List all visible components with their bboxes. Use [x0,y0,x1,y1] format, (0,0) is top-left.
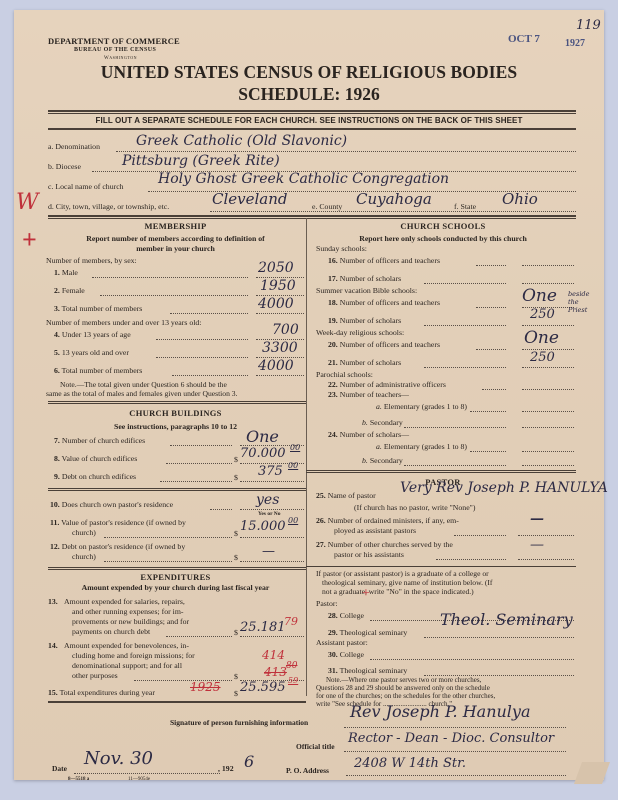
q9-num: 9. [54,472,60,481]
state-field[interactable]: Ohio [502,190,538,208]
signature-label: Signature of person furnishing informati… [170,718,308,727]
dollar-sign: $ [234,473,238,482]
date-field[interactable]: Nov. 30 [84,748,153,769]
summer-scholars-label: Number of scholars [340,316,402,325]
q14-label-2: cluding home and foreign missions; for [72,651,195,660]
dollar-sign: $ [234,529,238,538]
q19-num: 19. [328,316,338,325]
teachers-secondary-label: Secondary [370,418,403,427]
q6-dots [172,375,248,376]
section-rule-thin [48,218,576,219]
sunday-scholars-label: Number of scholars [340,274,402,283]
edifices-value-field[interactable]: 70.000 [240,446,286,461]
teachers-label: Number of teachers— [340,390,409,399]
expenditures-rule-2 [48,569,306,570]
q7-dots [170,445,232,446]
edifices-value-label: Value of church edifices [62,454,138,463]
parochial-schools-label: Parochial schools: [316,370,373,379]
summer-officers-field[interactable]: One [522,286,557,306]
benevolences-cents: 80 [286,661,297,671]
q26-answer-line [518,535,574,536]
denomination-line [116,151,576,152]
expenditures-bottom-rule [48,701,306,703]
q12-answer-line [240,561,304,562]
residence-value-cents: 00 [288,516,298,525]
expenditures-subtitle: Amount expended by your church during la… [48,583,303,592]
q27-num: 27. [316,540,326,549]
by-sex-label: Number of members, by sex: [46,256,137,265]
q24a-dots [470,451,506,452]
assistant-pastors-label: Number of ordained ministers, if any, em… [328,516,459,525]
weekday-schools-label: Week-day religious schools: [316,328,404,337]
column-divider [306,218,307,696]
q29-num: 29. [328,628,338,637]
residence-value-label: Value of pastor's residence (if owned by [61,518,186,527]
buildings-heading: CHURCH BUILDINGS [48,408,303,418]
weekday-officers-label: Number of officers and teachers [340,340,440,349]
scholars-secondary-label: Secondary [370,456,403,465]
q12-num: 12. [50,542,60,551]
other-churches-label-2: pastor or his assistants [334,550,404,559]
instruction-rule [48,128,576,130]
q8-dots [166,463,232,464]
signature-field[interactable]: Rev Joseph P. Hanulya [350,702,531,721]
q1-dots [92,277,248,278]
pastor-seminary-label: Theological seminary [340,628,408,637]
q20-dots [476,349,506,350]
q9-answer-line [240,481,304,482]
membership-subtitle-2: member in your church [48,244,303,253]
pastor-note-2: Questions 28 and 29 should be answered o… [316,684,576,692]
under-13-field[interactable]: 700 [272,322,299,338]
q18-dots [476,307,506,308]
q23b-dots [404,427,506,428]
address-label: P. O. Address [286,766,329,775]
assistant-pastor-label: Assistant pastor: [316,638,368,647]
dollar-sign: $ [234,672,238,681]
q11-num: 11. [50,518,59,527]
q17-dots [424,283,506,284]
summer-scholars-field[interactable]: 250 [530,307,555,322]
weekday-officers-field[interactable]: One [524,328,559,348]
membership-rule-2 [48,403,306,404]
summer-schools-label: Summer vacation Bible schools: [316,286,417,295]
owns-residence-field[interactable]: yes [256,492,279,508]
membership-note: Note.—The total given under Question 6 s… [46,380,304,389]
summer-officers-label: Number of officers and teachers [340,298,440,307]
edifices-debt-field[interactable]: 375 [258,464,283,479]
q15-num: 15. [48,688,58,697]
residence-value-label-2: church) [72,528,96,537]
sunday-scholars-field [522,283,574,284]
q24b-num: b. [362,456,368,465]
pastor-note-1: Note.—Where one pastor serves two or mor… [316,676,576,684]
q24b-dots [404,465,506,466]
q6-answer-line [256,375,304,376]
q27-dots [436,559,506,560]
q23-num: 23. [328,390,338,399]
q21-answer-line [522,367,574,368]
under-13-label: Under 13 years of age [62,330,131,339]
pastor-rule [306,566,576,567]
department-name: DEPARTMENT OF COMMERCE [48,36,180,46]
q3-num: 3. [54,304,60,313]
pastor-note-3: for one of the churches; on the schedule… [316,692,576,700]
q22-num: 22. [328,380,338,389]
total-members-field[interactable]: 4000 [258,296,294,312]
pastor-college-label: College [340,611,364,620]
college-mark: + [362,586,370,602]
q3-dots [170,313,248,314]
running-expenses-field[interactable]: 25.181 [240,620,286,635]
year-field[interactable]: 6 [244,752,254,771]
q11-dots [104,537,232,538]
pastor-sub-label: Pastor: [316,599,338,608]
expenditures-rule [48,567,306,568]
q29-dots [424,637,574,638]
dollar-sign: $ [234,689,238,698]
q20-num: 20. [328,340,338,349]
form-title: UNITED STATES CENSUS OF RELIGIOUS BODIES [0,62,618,83]
schools-rule-2 [306,472,576,473]
county-label: e. County [312,202,342,211]
dollar-sign: $ [234,455,238,464]
residence-debt-field[interactable]: — [262,544,275,559]
q2-dots [100,295,248,296]
margin-mark-w: W [16,190,39,215]
q12-dots [104,561,232,562]
form-code-2: 11—9054e [128,777,150,782]
expenditures-heading: EXPENDITURES [48,572,303,582]
buildings-rule [48,488,306,489]
pastor-name-hint: (If church has no pastor, write "None") [354,503,475,512]
assistant-pastors-label-2: ployed as assistant pastors [334,526,416,535]
teachers-elementary-field [522,411,574,412]
expenditure-year: 1925 [190,680,221,694]
assistant-college-field [370,659,574,660]
benevolences-field[interactable]: 413 [264,665,287,679]
q26-num: 26. [316,516,326,525]
q21-dots [424,367,506,368]
edifices-debt-label: Debt on church edifices [62,472,136,481]
13-and-over-field[interactable]: 3300 [262,340,298,356]
city-field[interactable]: Cleveland [212,190,288,208]
total-expenditures-cents: 59 [288,676,298,685]
schools-rule [306,470,576,471]
summer-officers-note: beside the Priest [568,290,598,314]
q4-num: 4. [54,330,60,339]
section-rule [48,215,576,217]
membership-rule [48,401,306,402]
dollar-sign: $ [234,628,238,637]
q24a-num: a. [376,442,382,451]
assistant-college-label: College [340,650,364,659]
weekday-scholars-field[interactable]: 250 [530,350,555,365]
church-name-field[interactable]: Holy Ghost Greek Catholic Congregation [158,171,449,187]
q18-num: 18. [328,298,338,307]
graduate-note-2: theological seminary, give name of insti… [322,578,574,587]
signature-line [344,727,566,728]
male-label: Male [62,268,78,277]
q13-label-3: provements or new buildings; and for [72,617,189,626]
q17-num: 17. [328,274,338,283]
q14-label-4: other purposes [72,671,118,680]
assistant-pastors-field[interactable]: — [530,511,544,527]
total-members-2-field[interactable]: 4000 [258,358,294,374]
county-field[interactable]: Cuyahoga [356,190,432,208]
q30-num: 30. [328,650,338,659]
total-members-2-label: Total number of members [62,366,143,375]
q5-dots [156,357,248,358]
church-name-label: c. Local name of church [48,182,124,191]
year-prefix: , 192 [218,764,234,773]
total-expenditures-field[interactable]: 25.595 [240,680,286,695]
q16-dots [476,265,506,266]
bureau-name: BUREAU OF THE CENSUS [74,47,156,53]
file-number: 119 [576,18,601,33]
scholars-secondary-field [522,465,574,466]
q23b-num: b. [362,418,368,427]
q19-answer-line [522,325,574,326]
running-expenses-cents: 79 [284,615,298,628]
pastor-seminary-field[interactable]: Theol. Seminary [440,610,573,629]
teachers-elementary-label: Elementary (grades 1 to 8) [384,402,467,411]
q26-dots [454,535,506,536]
sunday-officers-label: Number of officers and teachers [340,256,440,265]
residence-debt-label: Debt on pastor's residence (if owned by [62,542,186,551]
teachers-secondary-field [522,427,574,428]
q16-num: 16. [328,256,338,265]
q21-num: 21. [328,358,338,367]
membership-subtitle: Report number of members according to de… [48,234,303,243]
location: Washington [104,55,137,61]
diocese-field[interactable]: Pittsburg (Greek Rite) [122,153,280,169]
q4-dots [156,339,248,340]
female-count-field[interactable]: 1950 [260,278,296,294]
q10-answer-line [240,509,304,510]
admin-officers-label: Number of administrative officers [340,380,446,389]
q23a-num: a. [376,402,382,411]
other-churches-label: Number of other churches served by the [328,540,453,549]
q2-num: 2. [54,286,60,295]
q13-label-1: Amount expended for salaries, repairs, [64,597,185,606]
q13-answer-line [240,636,304,637]
q13-label-2: and other running expenses; for im- [72,607,184,616]
q11-answer-line [240,537,304,538]
q13-label-4: payments on church debt [72,627,150,636]
graduate-note-3: not a graduate, write "No" in the space … [322,587,574,596]
by-age-label: Number of members under and over 13 year… [46,318,201,327]
q3-answer-line [256,313,304,314]
sunday-officers-field [522,265,574,266]
date-label: Date [52,764,67,773]
official-title-line [344,751,566,752]
official-title-label: Official title [296,742,335,751]
q27-answer-line [518,559,574,560]
margin-mark-plus: + [22,225,37,255]
address-field[interactable]: 2408 W 14th Str. [354,756,466,771]
q13-dots [166,636,232,637]
female-label: Female [62,286,85,295]
weekday-scholars-label: Number of scholars [340,358,402,367]
q22-dots [482,389,506,390]
13-and-over-label: 13 years old and over [62,348,129,357]
scholars-elementary-label: Elementary (grades 1 to 8) [384,442,467,451]
q14-label-1: Amount expended for benevolences, in- [64,641,189,650]
membership-heading: MEMBERSHIP [48,221,303,231]
q31-num: 31. [328,666,338,675]
q14-num: 14. [48,641,58,650]
dollar-sign: $ [234,553,238,562]
residence-value-field[interactable]: 15.000 [240,519,286,534]
schools-heading: CHURCH SCHOOLS [312,221,574,231]
city-label: d. City, town, village, or township, etc… [48,202,169,211]
q8-num: 8. [54,454,60,463]
official-title-field[interactable]: Rector - Dean - Dioc. Consultor [348,731,554,746]
admin-officers-field [522,389,574,390]
pastor-name-label: Name of pastor [328,491,376,500]
owns-residence-label: Does church own pastor's residence [62,500,173,509]
diocese-label: b. Diocese [48,162,81,171]
q5-num: 5. [54,348,60,357]
header-rule-thin [48,113,576,114]
q28-num: 28. [328,611,338,620]
buildings-rule-2 [48,490,306,491]
membership-note-2: same as the total of males and females g… [46,389,304,398]
scholars-label: Number of scholars— [340,430,409,439]
edifices-value-cents: 00 [290,443,300,452]
q23a-dots [470,411,506,412]
q13-num: 13. [48,597,58,606]
assistant-seminary-label: Theological seminary [340,666,408,675]
q9-dots [160,481,232,482]
header-rule [48,110,576,112]
denomination-label: a. Denomination [48,142,100,151]
q6-num: 6. [54,366,60,375]
other-churches-field[interactable]: — [530,537,544,553]
total-members-label: Total number of members [62,304,143,313]
graduate-note-1: If pastor (or assistant pastor) is a gra… [316,569,574,578]
q19-dots [424,325,506,326]
form-code-1: 8—5518 a [68,777,89,782]
total-expenditures-label: Total expenditures during year [60,688,155,697]
sunday-schools-label: Sunday schools: [316,244,367,253]
fill-instruction: FILL OUT A SEPARATE SCHEDULE FOR EACH CH… [0,116,618,125]
pastor-name-field[interactable]: Very Rev Joseph P. HANULYA [400,480,608,496]
denomination-field[interactable]: Greek Catholic (Old Slavonic) [136,133,347,149]
city-line [210,211,576,212]
q1-num: 1. [54,268,60,277]
received-stamp-date: OCT 7 [508,33,540,45]
edifices-count-field[interactable]: One [246,427,279,446]
male-count-field[interactable]: 2050 [258,260,294,276]
scholars-elementary-field [522,451,574,452]
address-line [346,775,566,776]
benevolences-correction: 414 [262,648,285,662]
q10-num: 10. [50,500,60,509]
state-label: f. State [454,202,476,211]
received-stamp-year: 1927 [565,38,585,49]
q25-num: 25. [316,491,326,500]
q10-dots [210,509,232,510]
q24-num: 24. [328,430,338,439]
schedule-title: SCHEDULE: 1926 [0,84,618,105]
residence-debt-label-2: church) [72,552,96,561]
q14-label-3: denominational support; and for all [72,661,182,670]
edifices-count-label: Number of church edifices [62,436,145,445]
yes-no-hint: Yes or No [258,511,281,517]
edifices-debt-cents: 00 [288,461,298,470]
date-line [74,773,220,774]
q7-num: 7. [54,436,60,445]
schools-subtitle: Report here only schools conducted by th… [312,234,574,243]
